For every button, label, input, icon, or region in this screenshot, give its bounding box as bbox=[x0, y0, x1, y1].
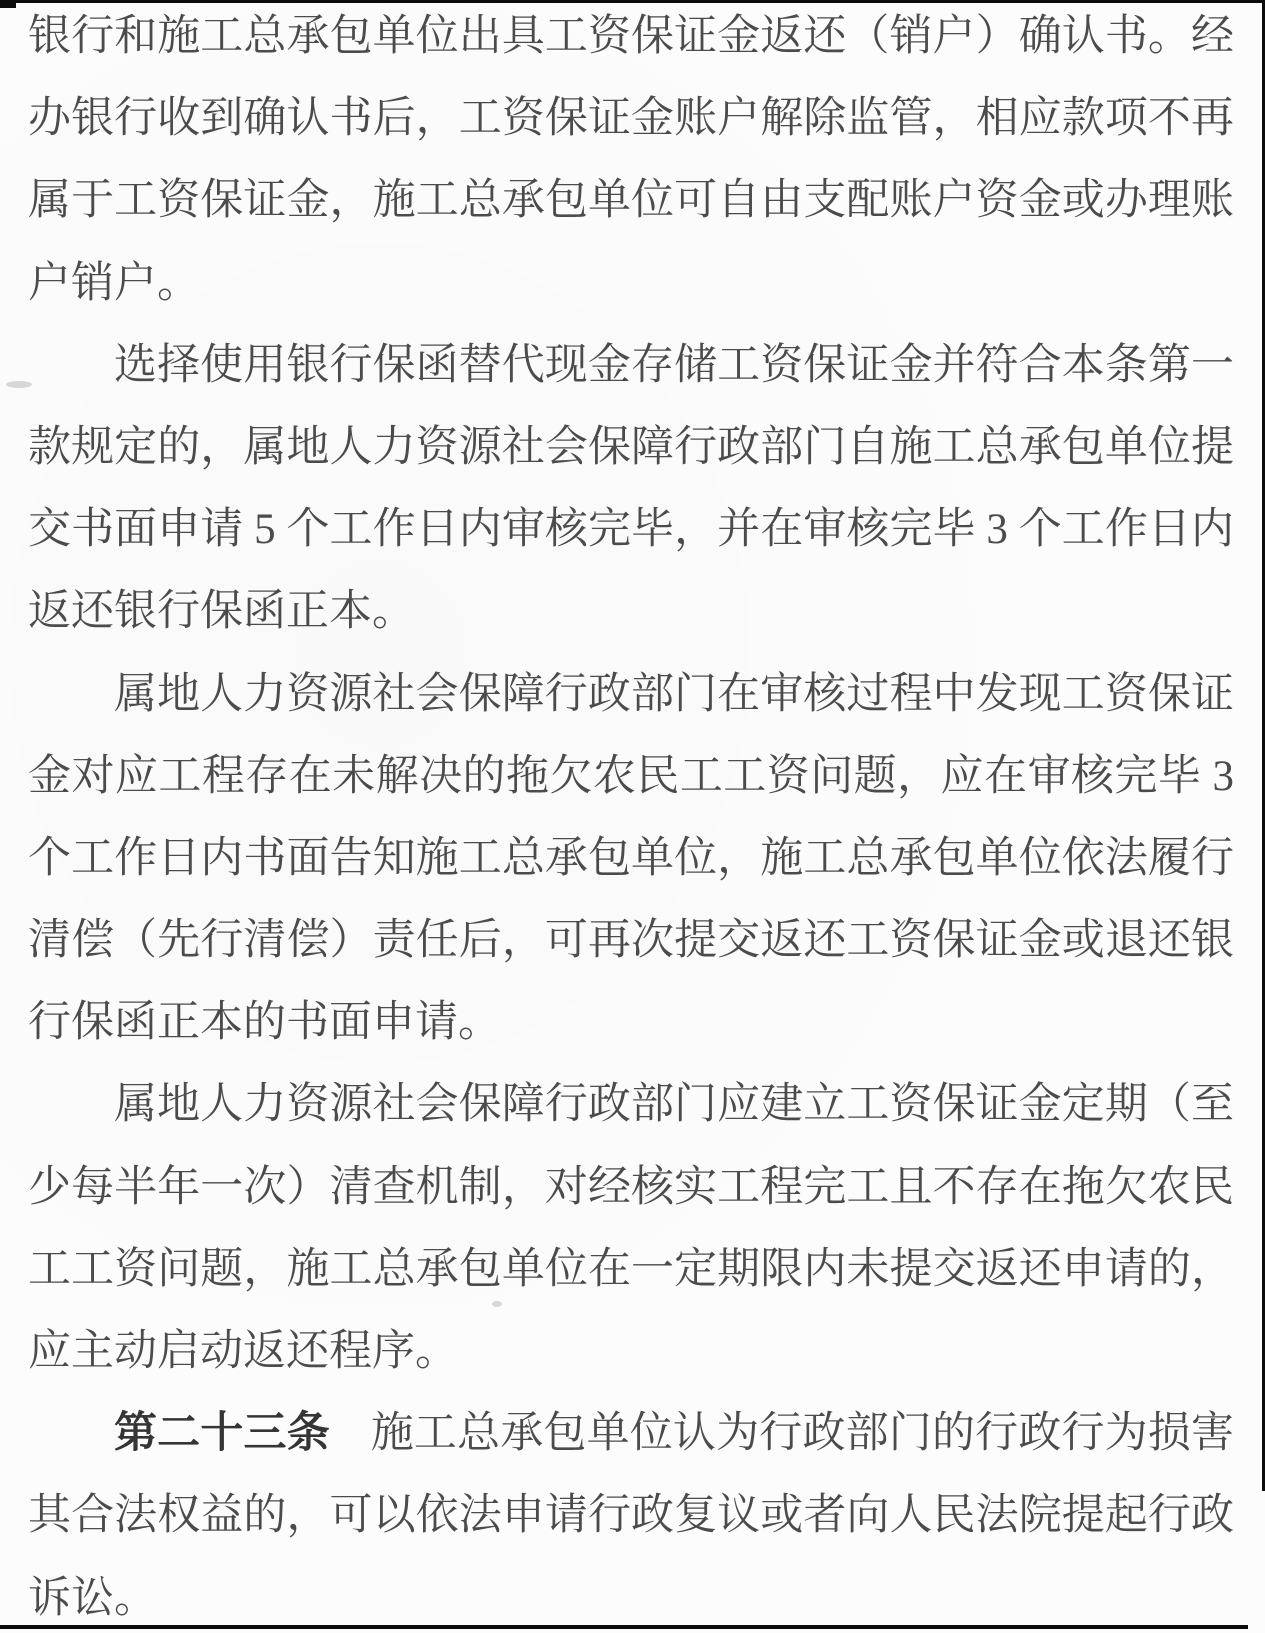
article-text: 施工总承包单位认为行政部门的行政行为损害 bbox=[371, 1410, 1234, 1457]
scan-artifact-top-left-blob bbox=[0, 0, 16, 8]
scan-smudge bbox=[492, 1301, 502, 1307]
text-line: 选择使用银行保函替代现金存储工资保证金并符合本条第一 bbox=[28, 325, 1234, 407]
text-line: 应主动启动返还程序。 bbox=[28, 1311, 1234, 1393]
scan-artifact-bottom-edge bbox=[0, 1625, 1248, 1629]
text-line: 清偿（先行清偿）责任后，可再次提交返还工资保证金或退还银 bbox=[28, 900, 1234, 982]
document-page: 银行和施工总承包单位出具工资保证金返还（销户）确认书。经 办银行收到确认书后，工… bbox=[0, 0, 1265, 1633]
text-line: 工工资问题，施工总承包单位在一定期限内未提交返还申请的， bbox=[28, 1229, 1234, 1311]
text-line: 诉讼。 bbox=[28, 1558, 1234, 1633]
text-line: 属地人力资源社会保障行政部门在审核过程中发现工资保证 bbox=[28, 654, 1234, 736]
text-line: 银行和施工总承包单位出具工资保证金返还（销户）确认书。经 bbox=[28, 0, 1234, 78]
text-line: 第二十三条施工总承包单位认为行政部门的行政行为损害 bbox=[28, 1393, 1234, 1475]
text-line: 属于工资保证金，施工总承包单位可自由支配账户资金或办理账 bbox=[28, 160, 1234, 242]
text-line: 户销户。 bbox=[28, 243, 1234, 325]
document-text-block: 银行和施工总承包单位出具工资保证金返还（销户）确认书。经 办银行收到确认书后，工… bbox=[28, 0, 1234, 1633]
article-number: 第二十三条 bbox=[114, 1410, 330, 1457]
text-line: 返还银行保函正本。 bbox=[28, 571, 1234, 653]
text-line: 办银行收到确认书后，工资保证金账户解除监管，相应款项不再 bbox=[28, 78, 1234, 160]
text-line: 行保函正本的书面申请。 bbox=[28, 982, 1234, 1064]
scan-artifact-top-edge bbox=[0, 0, 1265, 3]
text-line: 属地人力资源社会保障行政部门应建立工资保证金定期（至 bbox=[28, 1064, 1234, 1146]
scan-smudge bbox=[6, 381, 32, 388]
text-line: 个工作日内书面告知施工总承包单位，施工总承包单位依法履行 bbox=[28, 818, 1234, 900]
text-line: 款规定的，属地人力资源社会保障行政部门自施工总承包单位提 bbox=[28, 407, 1234, 489]
text-line: 少每半年一次）清查机制，对经核实工程完工且不存在拖欠农民 bbox=[28, 1147, 1234, 1229]
text-line: 金对应工程存在未解决的拖欠农民工工资问题，应在审核完毕 3 bbox=[28, 736, 1234, 818]
text-line: 交书面申请 5 个工作日内审核完毕，并在审核完毕 3 个工作日内 bbox=[28, 489, 1234, 571]
text-line: 其合法权益的，可以依法申请行政复议或者向人民法院提起行政 bbox=[28, 1475, 1234, 1557]
